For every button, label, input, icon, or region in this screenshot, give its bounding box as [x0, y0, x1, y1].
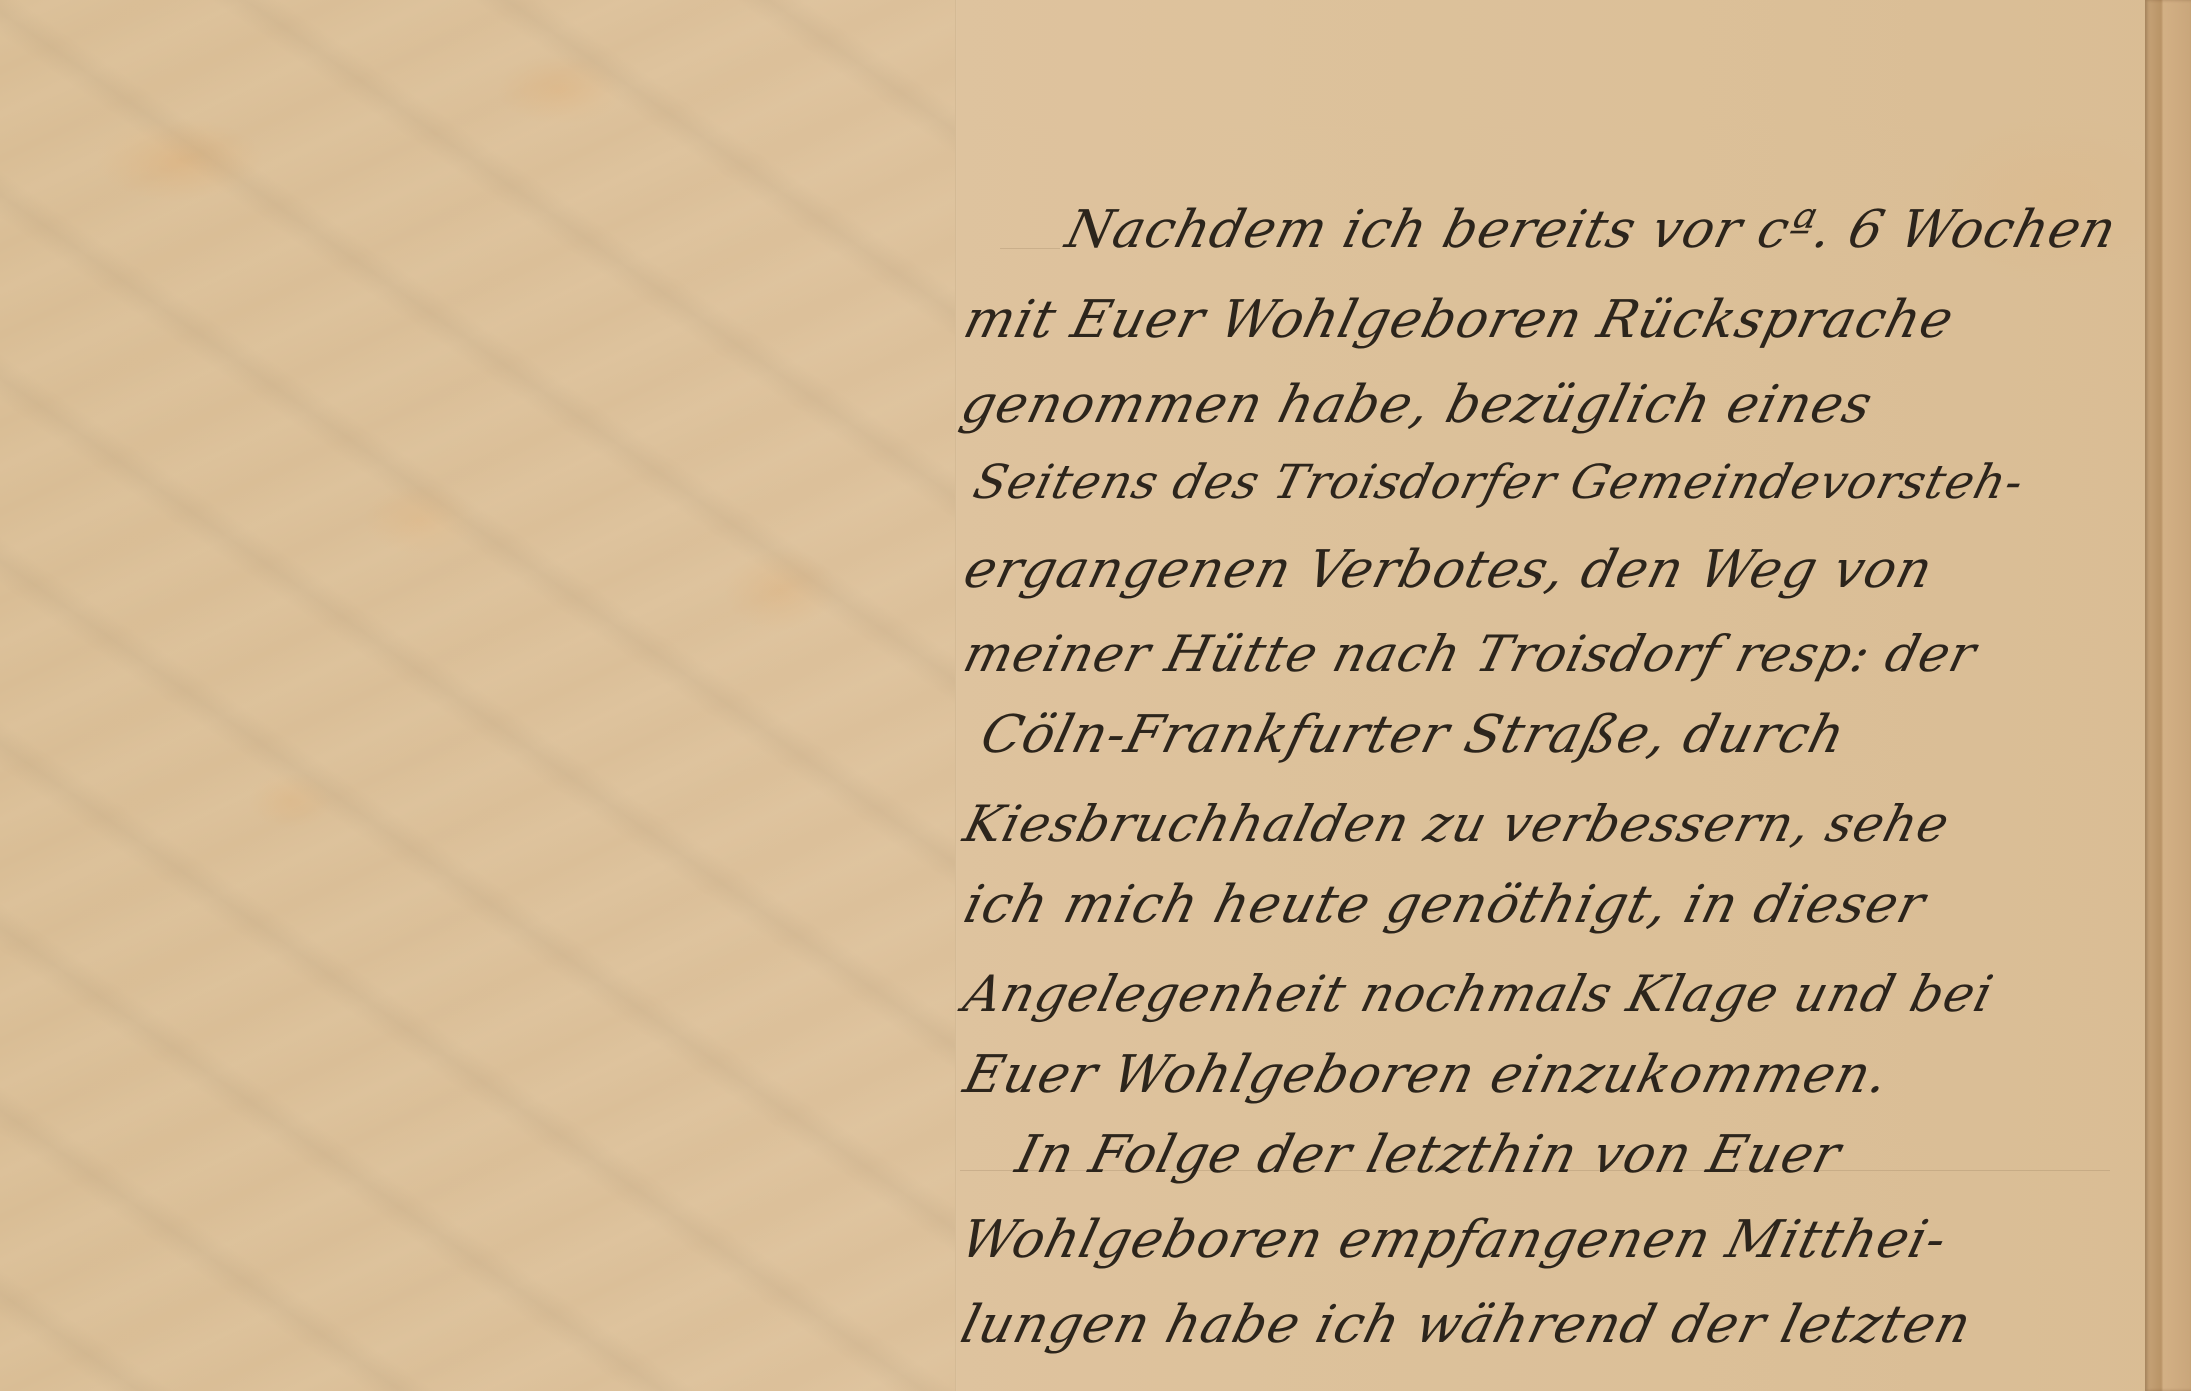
letter-line-12: In Folge der letzthin von Euer [1010, 1125, 1847, 1185]
letter-line-14: lungen habe ich während der letzten [955, 1295, 1978, 1355]
letter-line-13: Wohlgeboren empfangenen Mitthei- [955, 1210, 1953, 1270]
document-scan: Nachdem ich bereits vor cª. 6 Wochen mit… [0, 0, 2191, 1391]
letter-line-3: genommen habe, bezüglich eines [955, 375, 1879, 435]
letter-line-4: Seitens des Troisdorfer Gemeindevorsteh- [968, 455, 2030, 510]
letter-line-8: Kiesbruchhalden zu verbessern, sehe [958, 795, 1956, 853]
letter-line-6: meiner Hütte nach Troisdorf resp: der [958, 625, 1982, 683]
letter-line-1: Nachdem ich bereits vor cª. 6 Wochen [1060, 200, 2123, 260]
letter-line-2: mit Euer Wohlgeboren Rücksprache [958, 290, 1960, 350]
blank-left-page [0, 0, 955, 1391]
letter-line-11: Euer Wohlgeboren einzukommen. [958, 1045, 1895, 1105]
letter-line-10: Angelegenheit nochmals Klage und bei [958, 965, 1999, 1023]
ruling-line [1000, 248, 1060, 249]
page-edge [2145, 0, 2191, 1391]
letter-line-9: ich mich heute genöthigt, in dieser [958, 875, 1932, 935]
letter-line-5: ergangenen Verbotes, den Weg von [958, 540, 1939, 600]
letter-line-7: Cöln-Frankfurter Straße, durch [975, 705, 1852, 765]
